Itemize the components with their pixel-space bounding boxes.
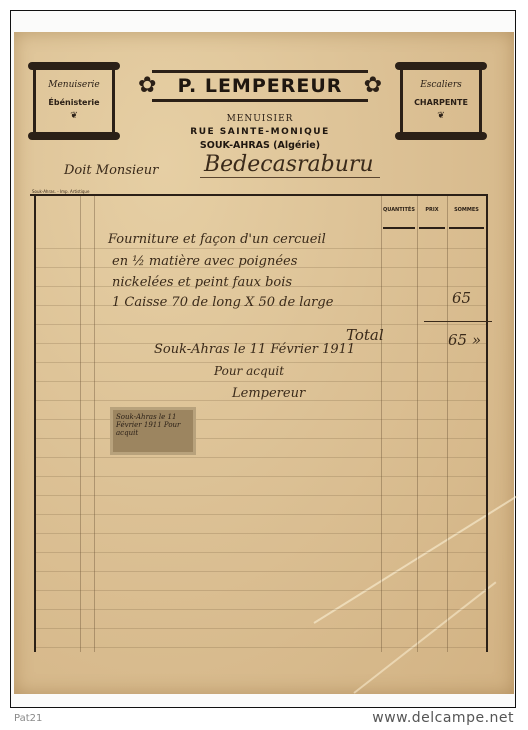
customer-underline — [200, 177, 380, 178]
scroll-label: Ébénisterie — [36, 98, 112, 107]
sum-column-line — [447, 196, 448, 652]
company-banner: ✿ ✿ P. LEMPEREUR — [142, 66, 378, 106]
stamp-cancellation: Souk-Ahras le 11 Février 1911 Pour acqui… — [116, 413, 180, 437]
table-right-border — [486, 196, 488, 652]
ruled-line — [36, 628, 486, 629]
receipt-note: Pour acquit — [214, 364, 284, 378]
ruled-line — [36, 248, 486, 249]
signature: Lempereur — [232, 386, 305, 401]
header-underline — [383, 227, 415, 229]
right-scroll-ornament: Escaliers CHARPENTE ❦ — [400, 66, 482, 136]
column-header-quantities: QUANTITÉS — [381, 207, 417, 213]
company-name: P. LEMPEREUR — [142, 75, 378, 97]
description-line: Fourniture et façon d'un cercueil — [108, 232, 326, 247]
ruled-line — [36, 457, 486, 458]
header-underline — [449, 227, 484, 229]
description-line: en ½ matière avec poignées — [112, 254, 297, 269]
street-address: RUE SAINTE-MONIQUE — [142, 127, 378, 137]
ruled-line — [36, 609, 486, 610]
scroll-label: CHARPENTE — [403, 98, 479, 107]
ruled-line — [36, 419, 486, 420]
addressee-prefix: Doit Monsieur — [64, 163, 158, 178]
site-watermark: www.delcampe.net — [372, 710, 514, 726]
scroll-label: Escaliers — [403, 80, 479, 90]
ruled-line — [36, 571, 486, 572]
ruled-line — [36, 324, 486, 325]
ruled-line — [36, 647, 486, 648]
quantity-column-line — [381, 196, 382, 652]
column-header-price: PRIX — [417, 207, 447, 213]
paper-fold — [353, 581, 496, 693]
scroll-label: Menuiserie — [36, 80, 112, 90]
price-column-line — [417, 196, 418, 652]
column-header-sums: SOMMES — [447, 207, 486, 213]
margin-column-line — [94, 196, 95, 652]
revenue-stamp: Souk-Ahras le 11 Février 1911 Pour acqui… — [110, 407, 196, 455]
ruled-line — [36, 495, 486, 496]
ruled-line — [36, 552, 486, 553]
left-scroll-ornament: Menuiserie Ébénisterie ❦ — [33, 66, 115, 136]
description-line: nickelées et peint faux bois — [112, 275, 292, 290]
margin-column-line — [80, 196, 81, 652]
ruled-line — [36, 476, 486, 477]
table-left-border — [34, 196, 36, 652]
ruled-line — [36, 590, 486, 591]
trade-title: MENUISIER — [142, 114, 378, 124]
ruled-line — [36, 438, 486, 439]
ruled-line — [36, 362, 486, 363]
sum-rule — [424, 321, 492, 322]
table-top-border — [30, 194, 488, 196]
ruled-line — [36, 514, 486, 515]
ruled-line — [36, 381, 486, 382]
seller-name: Pat21 — [14, 713, 42, 724]
place-date: Souk-Ahras le 11 Février 1911 — [154, 342, 355, 357]
flourish-icon: ❦ — [36, 110, 112, 121]
line-amount: 65 — [452, 289, 471, 307]
description-line: 1 Caisse 70 de long X 50 de large — [112, 295, 333, 310]
city-address: SOUK-AHRAS (Algérie) — [142, 140, 378, 151]
header-underline — [419, 227, 445, 229]
ruled-line — [36, 533, 486, 534]
flourish-icon: ❦ — [403, 110, 479, 121]
customer-name: Bedecasraburu — [204, 152, 374, 177]
total-amount: 65 » — [448, 331, 481, 349]
